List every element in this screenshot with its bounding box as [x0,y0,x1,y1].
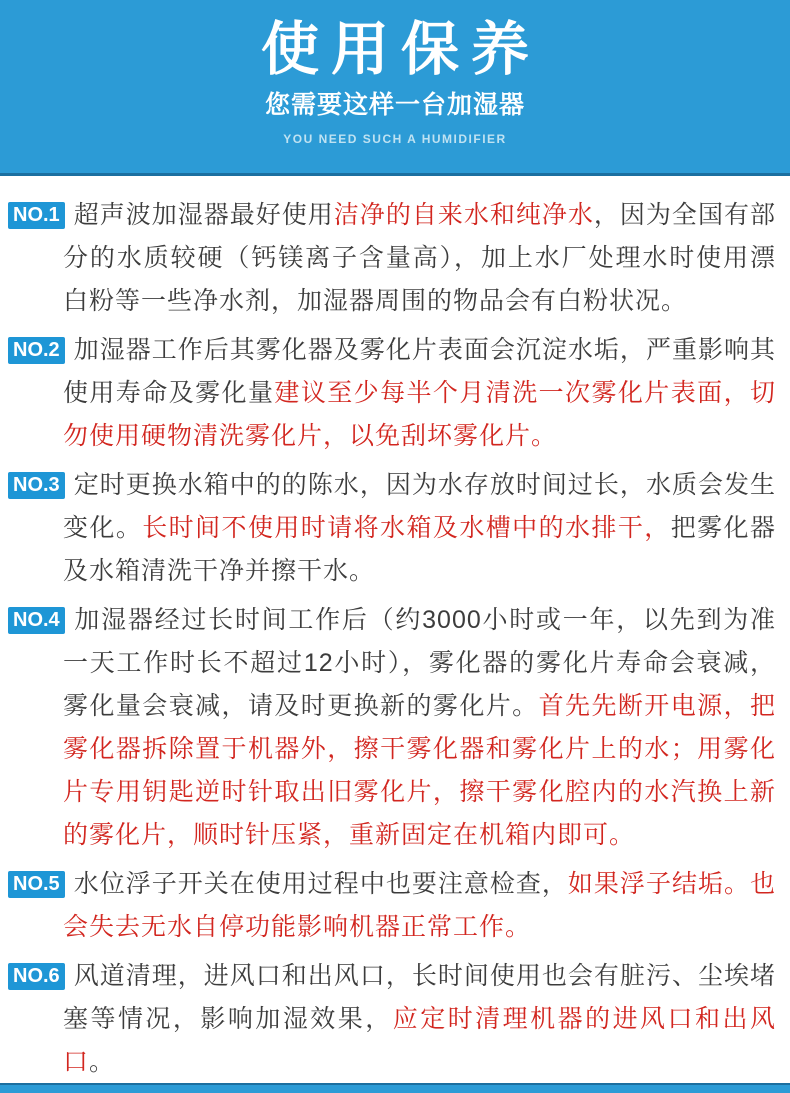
highlighted-text-segment: 长时间不使用时请将水箱及水槽中的水排干， [142,514,670,542]
maintenance-item: NO.2加湿器工作后其雾化器及雾化片表面会沉淀水垢，严重影响其使用寿命及雾化量建… [8,329,776,458]
footer-strip [0,1083,790,1093]
item-number-badge: NO.3 [8,472,65,499]
product-maintenance-page: 使用保养 您需要这样一台加湿器 YOU NEED SUCH A HUMIDIFI… [0,0,790,1093]
maintenance-item: NO.1超声波加湿器最好使用洁净的自来水和纯净水，因为全国有部分的水质较硬（钙镁… [8,194,776,323]
page-subtitle-english: YOU NEED SUCH A HUMIDIFIER [0,132,790,146]
page-title: 使用保养 [0,0,790,82]
text-segment: 水位浮子开关在使用过程中也要注意检查， [74,870,568,898]
text-segment: 超声波加湿器最好使用 [74,201,334,229]
header-banner: 使用保养 您需要这样一台加湿器 YOU NEED SUCH A HUMIDIFI… [0,0,790,176]
text-segment: 。 [89,1048,115,1076]
item-number-badge: NO.5 [8,871,65,898]
maintenance-item: NO.5水位浮子开关在使用过程中也要注意检查，如果浮子结垢。也会失去无水自停功能… [8,863,776,949]
item-number-badge: NO.2 [8,337,65,364]
maintenance-item: NO.3定时更换水箱中的的陈水，因为水存放时间过长，水质会发生变化。长时间不使用… [8,464,776,593]
page-subtitle: 您需要这样一台加湿器 [0,85,790,121]
item-number-badge: NO.6 [8,963,65,990]
maintenance-list: NO.1超声波加湿器最好使用洁净的自来水和纯净水，因为全国有部分的水质较硬（钙镁… [0,176,790,1084]
item-number-badge: NO.4 [8,607,65,634]
item-number-badge: NO.1 [8,202,65,229]
highlighted-text-segment: 洁净的自来水和纯净水 [334,201,594,229]
maintenance-item: NO.6风道清理，进风口和出风口，长时间使用也会有脏污、尘埃堵塞等情况，影响加湿… [8,955,776,1084]
maintenance-item: NO.4加湿器经过长时间工作后（约3000小时或一年，以先到为准一天工作时长不超… [8,599,776,857]
